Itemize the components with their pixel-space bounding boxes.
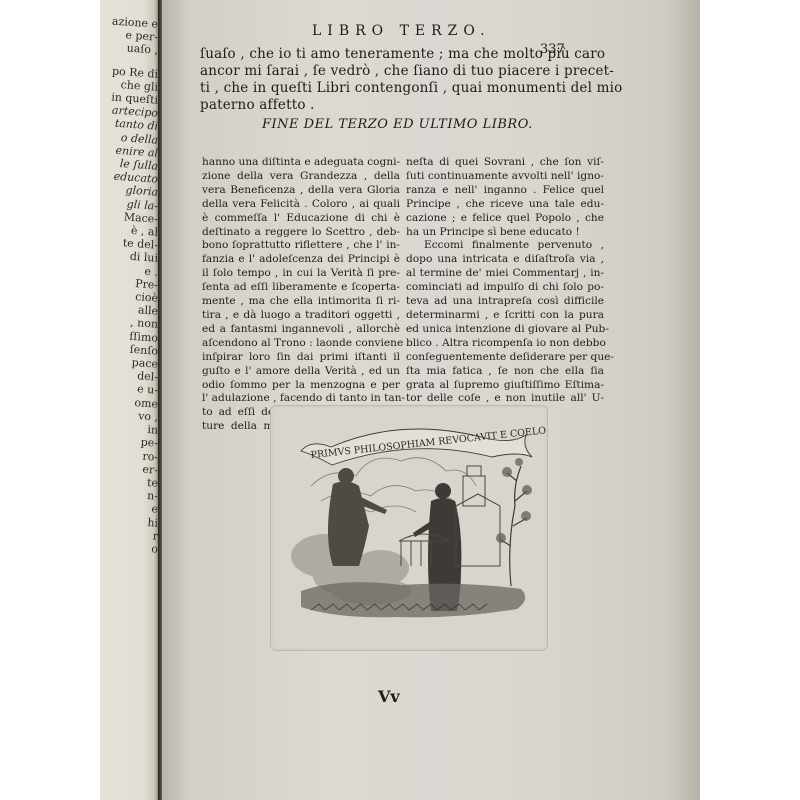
text-line: zione della vera Grandezza , della (202, 170, 400, 184)
text-line: ſta mia fatica , ſe non che ella ſia (406, 365, 604, 379)
text-line: il ſolo tempo , in cui la Verità ſi pre- (202, 267, 400, 281)
text-line: dopo una intricata e diſaſtroſa via , (406, 253, 604, 267)
text-line: bono ſoprattutto riflettere , che l' in- (202, 239, 400, 253)
text-line: vera Beneficenza , della vera Gloria (202, 184, 400, 198)
text-line: ranza e nell' inganno . Felice quel (406, 184, 604, 198)
text-line: conſeguentemente deſiderare per que- (406, 351, 604, 365)
closing-paragraph: ſuaſo , che io ti amo teneramente ; ma c… (200, 46, 600, 114)
left-page: azione ee per-uaſo ,po Re diche gliin qu… (100, 0, 162, 800)
text-line: ti , che in queſti Libri contengonſi , q… (200, 80, 600, 97)
right-page: LIBRO TERZO. 337 ſuaſo , che io ti amo t… (162, 0, 700, 800)
text-line: paterno affetto . (200, 97, 600, 114)
text-column-left: hanno una diſtinta e adeguata cogni-zion… (202, 156, 400, 434)
text-line: ſuaſo , che io ti amo teneramente ; ma c… (200, 46, 600, 63)
engraving-plate: PRIMVS PHILOSOPHIAM REVOCAVIT E COELO (270, 405, 548, 651)
text-line: fanzia e l' adoleſcenza dei Principi è (202, 253, 400, 267)
text-line: mente , ma che ella intimorita ſi ri- (202, 295, 400, 309)
text-line: Principe , che riceve una tale edu- (406, 198, 604, 212)
text-line: ſuti continuamente avvolti nell' igno- (406, 170, 604, 184)
text-line: neſta di quei Sovrani , che ſon viſ- (406, 156, 604, 170)
text-line: ancor mi ſarai , ſe vedrò , che ſiano di… (200, 63, 600, 80)
text-line: hanno una diſtinta e adeguata cogni- (202, 156, 400, 170)
text-line: odio ſommo per la menzogna e per (202, 379, 400, 393)
text-line: cominciati ad impulſo di chi ſolo po- (406, 281, 604, 295)
text-line: tira , e dà luogo a traditori oggetti , (202, 309, 400, 323)
text-line: ed a fantasmi ingannevoli , allorchè (202, 323, 400, 337)
text-line: della vera Felicità . Coloro , ai quali (202, 198, 400, 212)
text-line: Eccomi finalmente pervenuto , (406, 239, 604, 253)
text-line: ed unica intenzione di giovare al Pub- (406, 323, 604, 337)
text-line: inſpirar loro ſin dai primi iſtanti il (202, 351, 400, 365)
text-line: determinarmi , e ſcritti con la pura (406, 309, 604, 323)
text-line: ha un Principe sì bene educato ! (406, 226, 604, 240)
text-column-right: neſta di quei Sovrani , che ſon viſ-ſuti… (406, 156, 604, 420)
text-line: teva ad una intrapreſa così difficile (406, 295, 604, 309)
text-line: ſenta ad eſſi liberamente e ſcoperta- (202, 281, 400, 295)
text-line: grata al ſupremo giuſtiſſimo Eſtima- (406, 379, 604, 393)
text-line: blico . Altra ricompenſa io non debbo (406, 337, 604, 351)
left-page-text-fragments: azione ee per-uaſo ,po Re diche gliin qu… (100, 18, 162, 556)
engraving-illustration: PRIMVS PHILOSOPHIAM REVOCAVIT E COELO (271, 406, 547, 650)
text-line: al termine de' miei Commentarj , in- (406, 267, 604, 281)
text-line: cazione ; e felice quel Popolo , che (406, 212, 604, 226)
text-line: aſcendono al Trono : laonde conviene (202, 337, 400, 351)
running-head: LIBRO TERZO. (312, 23, 491, 39)
text-line: deſtinato a reggere lo Scettro , deb- (202, 226, 400, 240)
text-line: è commeſſa l' Educazione di chi è (202, 212, 400, 226)
text-line: guſto e l' amore della Verità , ed un (202, 365, 400, 379)
signature-mark: Vv (378, 687, 400, 706)
finis-heading: FINE DEL TERZO ED ULTIMO LIBRO. (262, 117, 533, 132)
